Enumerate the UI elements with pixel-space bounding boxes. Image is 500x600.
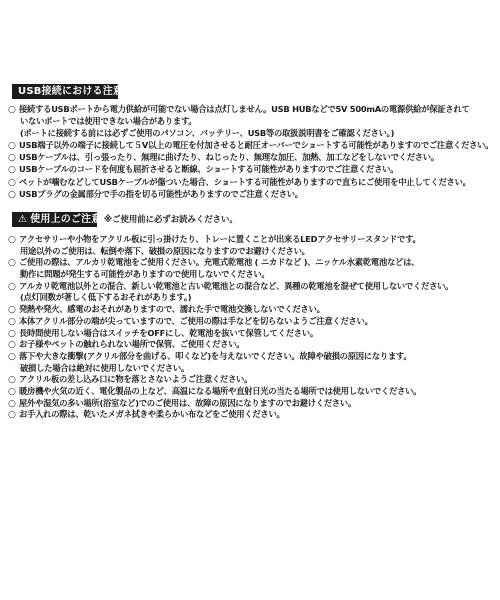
list-item: ○発熱や発火、感電のおそれがありますので、濡れた手で電池交換しないでください。 bbox=[8, 304, 453, 316]
circle-bullet-icon: ○ bbox=[8, 235, 19, 247]
usb-section-title: USB接続における注意点 bbox=[18, 86, 133, 97]
item-text: 本体アクリル部分の端が尖っていますので、ご使用の際は手などを切らないようご注意く… bbox=[19, 316, 373, 326]
list-item: ○ペットが噛むなどしてUSBケーブルが傷ついた場合、ショートする可能性があります… bbox=[8, 176, 493, 188]
circle-bullet-icon: ○ bbox=[8, 258, 19, 270]
list-item: ○USB端子以外の端子に接続して５V以上の電圧を付加させると耐圧オーバーでショー… bbox=[8, 139, 493, 151]
item-text: お子様やペットの触れられない場所で保管、ご使用ください。 bbox=[19, 339, 244, 349]
item-text: アクセサリーや小物をアクリル板に引っ掛けたり、トレーに置くことが出来るLEDアク… bbox=[19, 234, 421, 244]
read-before-use-note: ※ご使用前に必ずお読みください。 bbox=[104, 212, 238, 227]
list-item: ○USBケーブルのコードを何度も屈折させると断線、ショートする可能性がありますの… bbox=[8, 163, 493, 175]
item-text: USBケーブルは、引っ張ったり、無理に曲げたり、ねじったり、無理な加圧、加熱、加… bbox=[19, 152, 439, 162]
item-text: アルカリ乾電池以外との混合、新しい乾電池と古い乾電池との混合など、異種の乾電池を… bbox=[19, 281, 453, 291]
item-text: 用途以外のご使用は、転倒や落下、破損の原因になりますのでお避けください。 bbox=[8, 246, 453, 258]
item-text: 暖房機や火気の近く、電化製品の上など、高温になる場所や直射日光の当たる場所では使… bbox=[19, 386, 421, 396]
circle-bullet-icon: ○ bbox=[8, 317, 19, 329]
usage-section-title: 使用上のご注意 bbox=[30, 214, 101, 225]
list-item: ○アクリル板の差し込み口に物を落とさないようご注意ください。 bbox=[8, 374, 453, 386]
item-text: 長時間使用しない場合はスイッチをOFFにし、乾電池を抜いて保管してください。 bbox=[19, 328, 318, 338]
list-item: ○本体アクリル部分の端が尖っていますので、ご使用の際は手などを切らないようご注意… bbox=[8, 316, 453, 328]
item-text: お手入れの際は、乾いたメガネ拭きや柔らかい布などをご使用ください。 bbox=[19, 409, 285, 419]
list-item: ○接続するUSBポートから電力供給が可能でない場合は点灯しません。USB HUB… bbox=[8, 103, 493, 139]
circle-bullet-icon: ○ bbox=[8, 164, 19, 176]
item-text: USB端子以外の端子に接続して５V以上の電圧を付加させると耐圧オーバーでショート… bbox=[19, 140, 493, 150]
item-text: 落下や大きな衝撃(アクリル部分を曲げる、叩くなど)を与えないでください。故障や破… bbox=[19, 351, 411, 361]
circle-bullet-icon: ○ bbox=[8, 282, 19, 294]
usb-precautions-list: ○接続するUSBポートから電力供給が可能でない場合は点灯しません。USB HUB… bbox=[8, 103, 493, 200]
item-text: いないポートでは使用できない場合があります。 bbox=[8, 115, 493, 127]
list-item: ○アクセサリーや小物をアクリル板に引っ掛けたり、トレーに置くことが出来るLEDア… bbox=[8, 234, 453, 257]
item-text: 動作に問題が発生する可能性がありますので使用しないでください。 bbox=[8, 269, 453, 281]
item-text: 発熱や発火、感電のおそれがありますので、濡れた手で電池交換しないでください。 bbox=[19, 304, 325, 314]
circle-bullet-icon: ○ bbox=[8, 352, 19, 364]
list-item: ○屋外や湿気の多い場所(浴室など)でのご使用は、故障の原因になりますのでお避けく… bbox=[8, 398, 453, 410]
circle-bullet-icon: ○ bbox=[8, 387, 19, 399]
item-text: 屋外や湿気の多い場所(浴室など)でのご使用は、故障の原因になりますのでお避けくだ… bbox=[19, 398, 356, 408]
list-item: ○お子様やペットの触れられない場所で保管、ご使用ください。 bbox=[8, 339, 453, 351]
item-text: (点灯回数が著しく低下するおそれがあります。) bbox=[8, 292, 453, 304]
list-item: ○落下や大きな衝撃(アクリル部分を曲げる、叩くなど)を与えないでください。故障や… bbox=[8, 351, 453, 374]
list-item: ○USBプラグの金属部分で手の指を切る可能性がありますのでご注意ください。 bbox=[8, 188, 493, 200]
item-text: ペットが噛むなどしてUSBケーブルが傷ついた場合、ショートする可能性がありますの… bbox=[19, 177, 471, 187]
item-text: 破損した場合は絶対に使用しないでください。 bbox=[8, 363, 453, 375]
item-text: アクリル板の差し込み口に物を落とさないようご注意ください。 bbox=[19, 374, 252, 384]
circle-bullet-icon: ○ bbox=[8, 177, 19, 189]
item-text: ご使用の際は、アルカリ乾電池をご使用ください。充電式乾電池 ( ニカドなど )、… bbox=[19, 257, 419, 267]
list-item: ○暖房機や火気の近く、電化製品の上など、高温になる場所や直射日光の当たる場所では… bbox=[8, 386, 453, 398]
list-item: ○ご使用の際は、アルカリ乾電池をご使用ください。充電式乾電池 ( ニカドなど )… bbox=[8, 257, 453, 280]
item-text: (ポートに接続する前には必ずご使用のパソコン、バッテリー、USB等の取扱説明書を… bbox=[8, 127, 493, 139]
usb-section-header: USB接続における注意点 bbox=[12, 84, 118, 99]
list-item: ○USBケーブルは、引っ張ったり、無理に曲げたり、ねじったり、無理な加圧、加熱、… bbox=[8, 151, 493, 163]
item-text: USBプラグの金属部分で手の指を切る可能性がありますのでご注意ください。 bbox=[19, 189, 303, 199]
usage-precautions-list: ○アクセサリーや小物をアクリル板に引っ掛けたり、トレーに置くことが出来るLEDア… bbox=[8, 234, 453, 421]
item-text: 接続するUSBポートから電力供給が可能でない場合は点灯しません。USB HUBな… bbox=[19, 104, 469, 114]
circle-bullet-icon: ○ bbox=[8, 189, 19, 201]
circle-bullet-icon: ○ bbox=[8, 410, 19, 422]
list-item: ○お手入れの際は、乾いたメガネ拭きや柔らかい布などをご使用ください。 bbox=[8, 409, 453, 421]
item-text: USBケーブルのコードを何度も屈折させると断線、ショートする可能性がありますので… bbox=[19, 164, 398, 174]
warning-icon: ⚠ bbox=[18, 212, 27, 227]
circle-bullet-icon: ○ bbox=[8, 104, 19, 116]
usage-section-header: ⚠使用上のご注意 bbox=[12, 212, 97, 227]
list-item: ○アルカリ乾電池以外との混合、新しい乾電池と古い乾電池との混合など、異種の乾電池… bbox=[8, 281, 453, 304]
list-item: ○長時間使用しない場合はスイッチをOFFにし、乾電池を抜いて保管してください。 bbox=[8, 328, 453, 340]
